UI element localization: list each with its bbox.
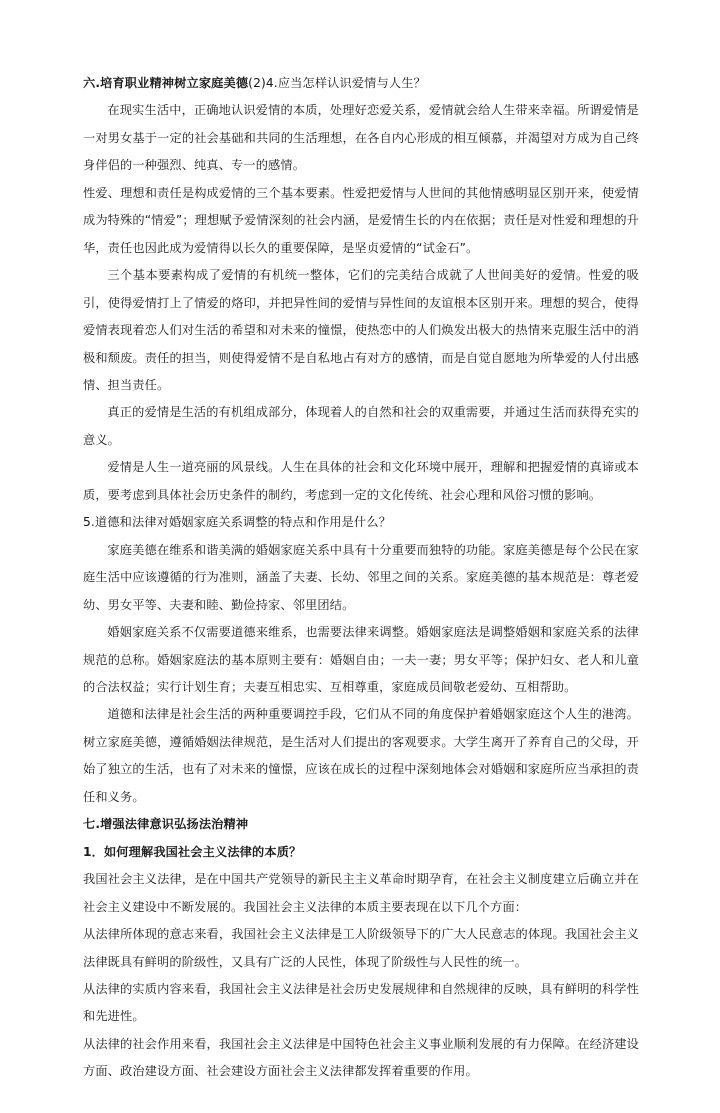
document-page: 六.培育职业精神树立家庭美德(2)4.应当怎样认识爱情与人生？ 在现实生活中，正…	[83, 70, 639, 1086]
paragraph-love-definition: 在现实生活中，正确地认识爱情的本质，处理好恋爱关系，爱情就会给人生带来幸福。所谓…	[83, 97, 639, 179]
paragraph-morality-and-law: 道德和法律是社会生活的两种重要调控手段，它们从不同的角度保护着婚姻家庭这个人生的…	[83, 701, 639, 811]
paragraph-love-life: 真正的爱情是生活的有机组成部分，体现着人的自然和社会的双重需要，并通过生活而获得…	[83, 399, 639, 454]
paragraph-family-virtue: 家庭美德在维系和谐美满的婚姻家庭关系中具有十分重要而独特的功能。家庭美德是每个公…	[83, 537, 639, 619]
paragraph-law-will: 从法律所体现的意志来看，我国社会主义法律是工人阶级领导下的广大人民意志的体现。我…	[83, 921, 639, 976]
paragraph-love-unity: 三个基本要素构成了爱情的有机统一整体，它们的完美结合成就了人世间美好的爱情。性爱…	[83, 262, 639, 399]
question-one-heading: 1．如何理解我国社会主义法律的本质？	[83, 839, 639, 866]
question-five-heading: 5.道德和法律对婚姻家庭关系调整的特点和作用是什么？	[83, 509, 639, 536]
paragraph-love-elements: 性爱、理想和责任是构成爱情的三个基本要素。性爱把爱情与人世间的其他情感明显区别开…	[83, 180, 639, 262]
section-six-heading: 六.培育职业精神树立家庭美德(2)4.应当怎样认识爱情与人生？	[83, 70, 639, 97]
paragraph-law-content: 从法律的实质内容来看，我国社会主义法律是社会历史发展规律和自然规律的反映，具有鲜…	[83, 976, 639, 1031]
paragraph-law-origin: 我国社会主义法律，是在中国共产党领导的新民主主义革命时期孕育，在社会主义制度建立…	[83, 866, 639, 921]
paragraph-love-scenery: 爱情是人生一道亮丽的风景线。人生在具体的社会和文化环境中展开，理解和把握爱情的真…	[83, 454, 639, 509]
section-seven-heading: 七.增强法律意识弘扬法治精神	[83, 811, 639, 838]
paragraph-law-function: 从法律的社会作用来看，我国社会主义法律是中国特色社会主义事业顺利发展的有力保障。…	[83, 1031, 639, 1086]
paragraph-marriage-law: 婚姻家庭关系不仅需要道德来维系，也需要法律来调整。婚姻家庭法是调整婚姻和家庭关系…	[83, 619, 639, 701]
section-six-title: 六.培育职业精神树立家庭美德	[83, 76, 248, 90]
question-four-title: (2)4.应当怎样认识爱情与人生？	[248, 76, 426, 90]
